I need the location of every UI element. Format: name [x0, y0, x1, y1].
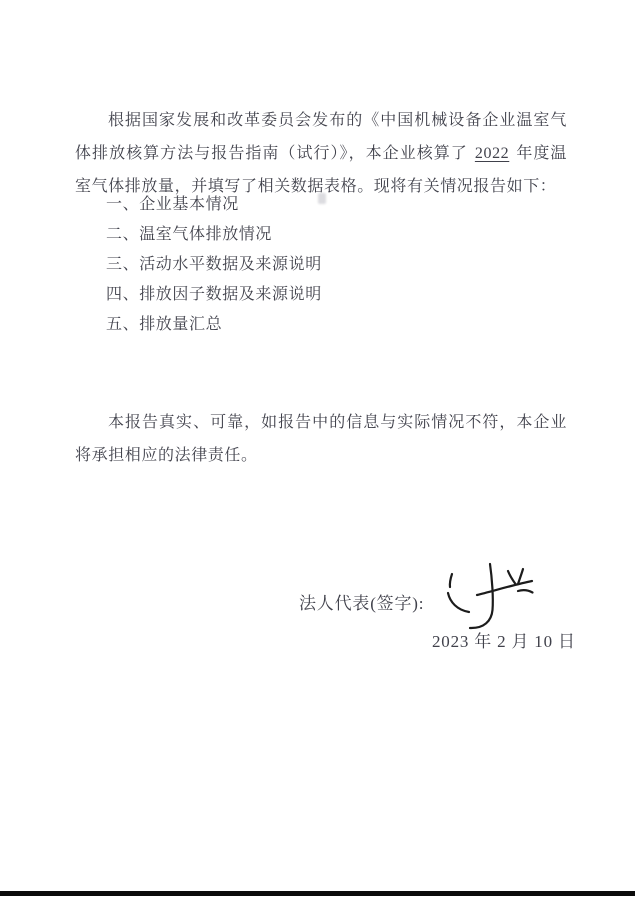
- section-item-5: 五、排放量汇总: [106, 310, 322, 340]
- section-item-2: 二、温室气体排放情况: [106, 220, 322, 250]
- section-item-1: 一、企业基本情况: [106, 190, 322, 220]
- document-page: 根据国家发展和改革委员会发布的《中国机械设备企业温室气体排放核算方法与报告指南（…: [0, 0, 635, 898]
- legal-representative-signature-label: 法人代表(签字):: [299, 589, 424, 614]
- report-date: 2023 年 2 月 10 日: [432, 627, 576, 652]
- intro-paragraph: 根据国家发展和改革委员会发布的《中国机械设备企业温室气体排放核算方法与报告指南（…: [75, 104, 567, 203]
- section-list: 一、企业基本情况 二、温室气体排放情况 三、活动水平数据及来源说明 四、排放因子…: [106, 190, 322, 340]
- scan-edge-bar: [0, 891, 635, 896]
- declaration-paragraph: 本报告真实、可靠，如报告中的信息与实际情况不符，本企业将承担相应的法律责任。: [75, 406, 567, 472]
- section-item-3: 三、活动水平数据及来源说明: [106, 250, 322, 280]
- section-item-4: 四、排放因子数据及来源说明: [106, 280, 322, 310]
- report-year-underlined: 2022: [473, 145, 511, 162]
